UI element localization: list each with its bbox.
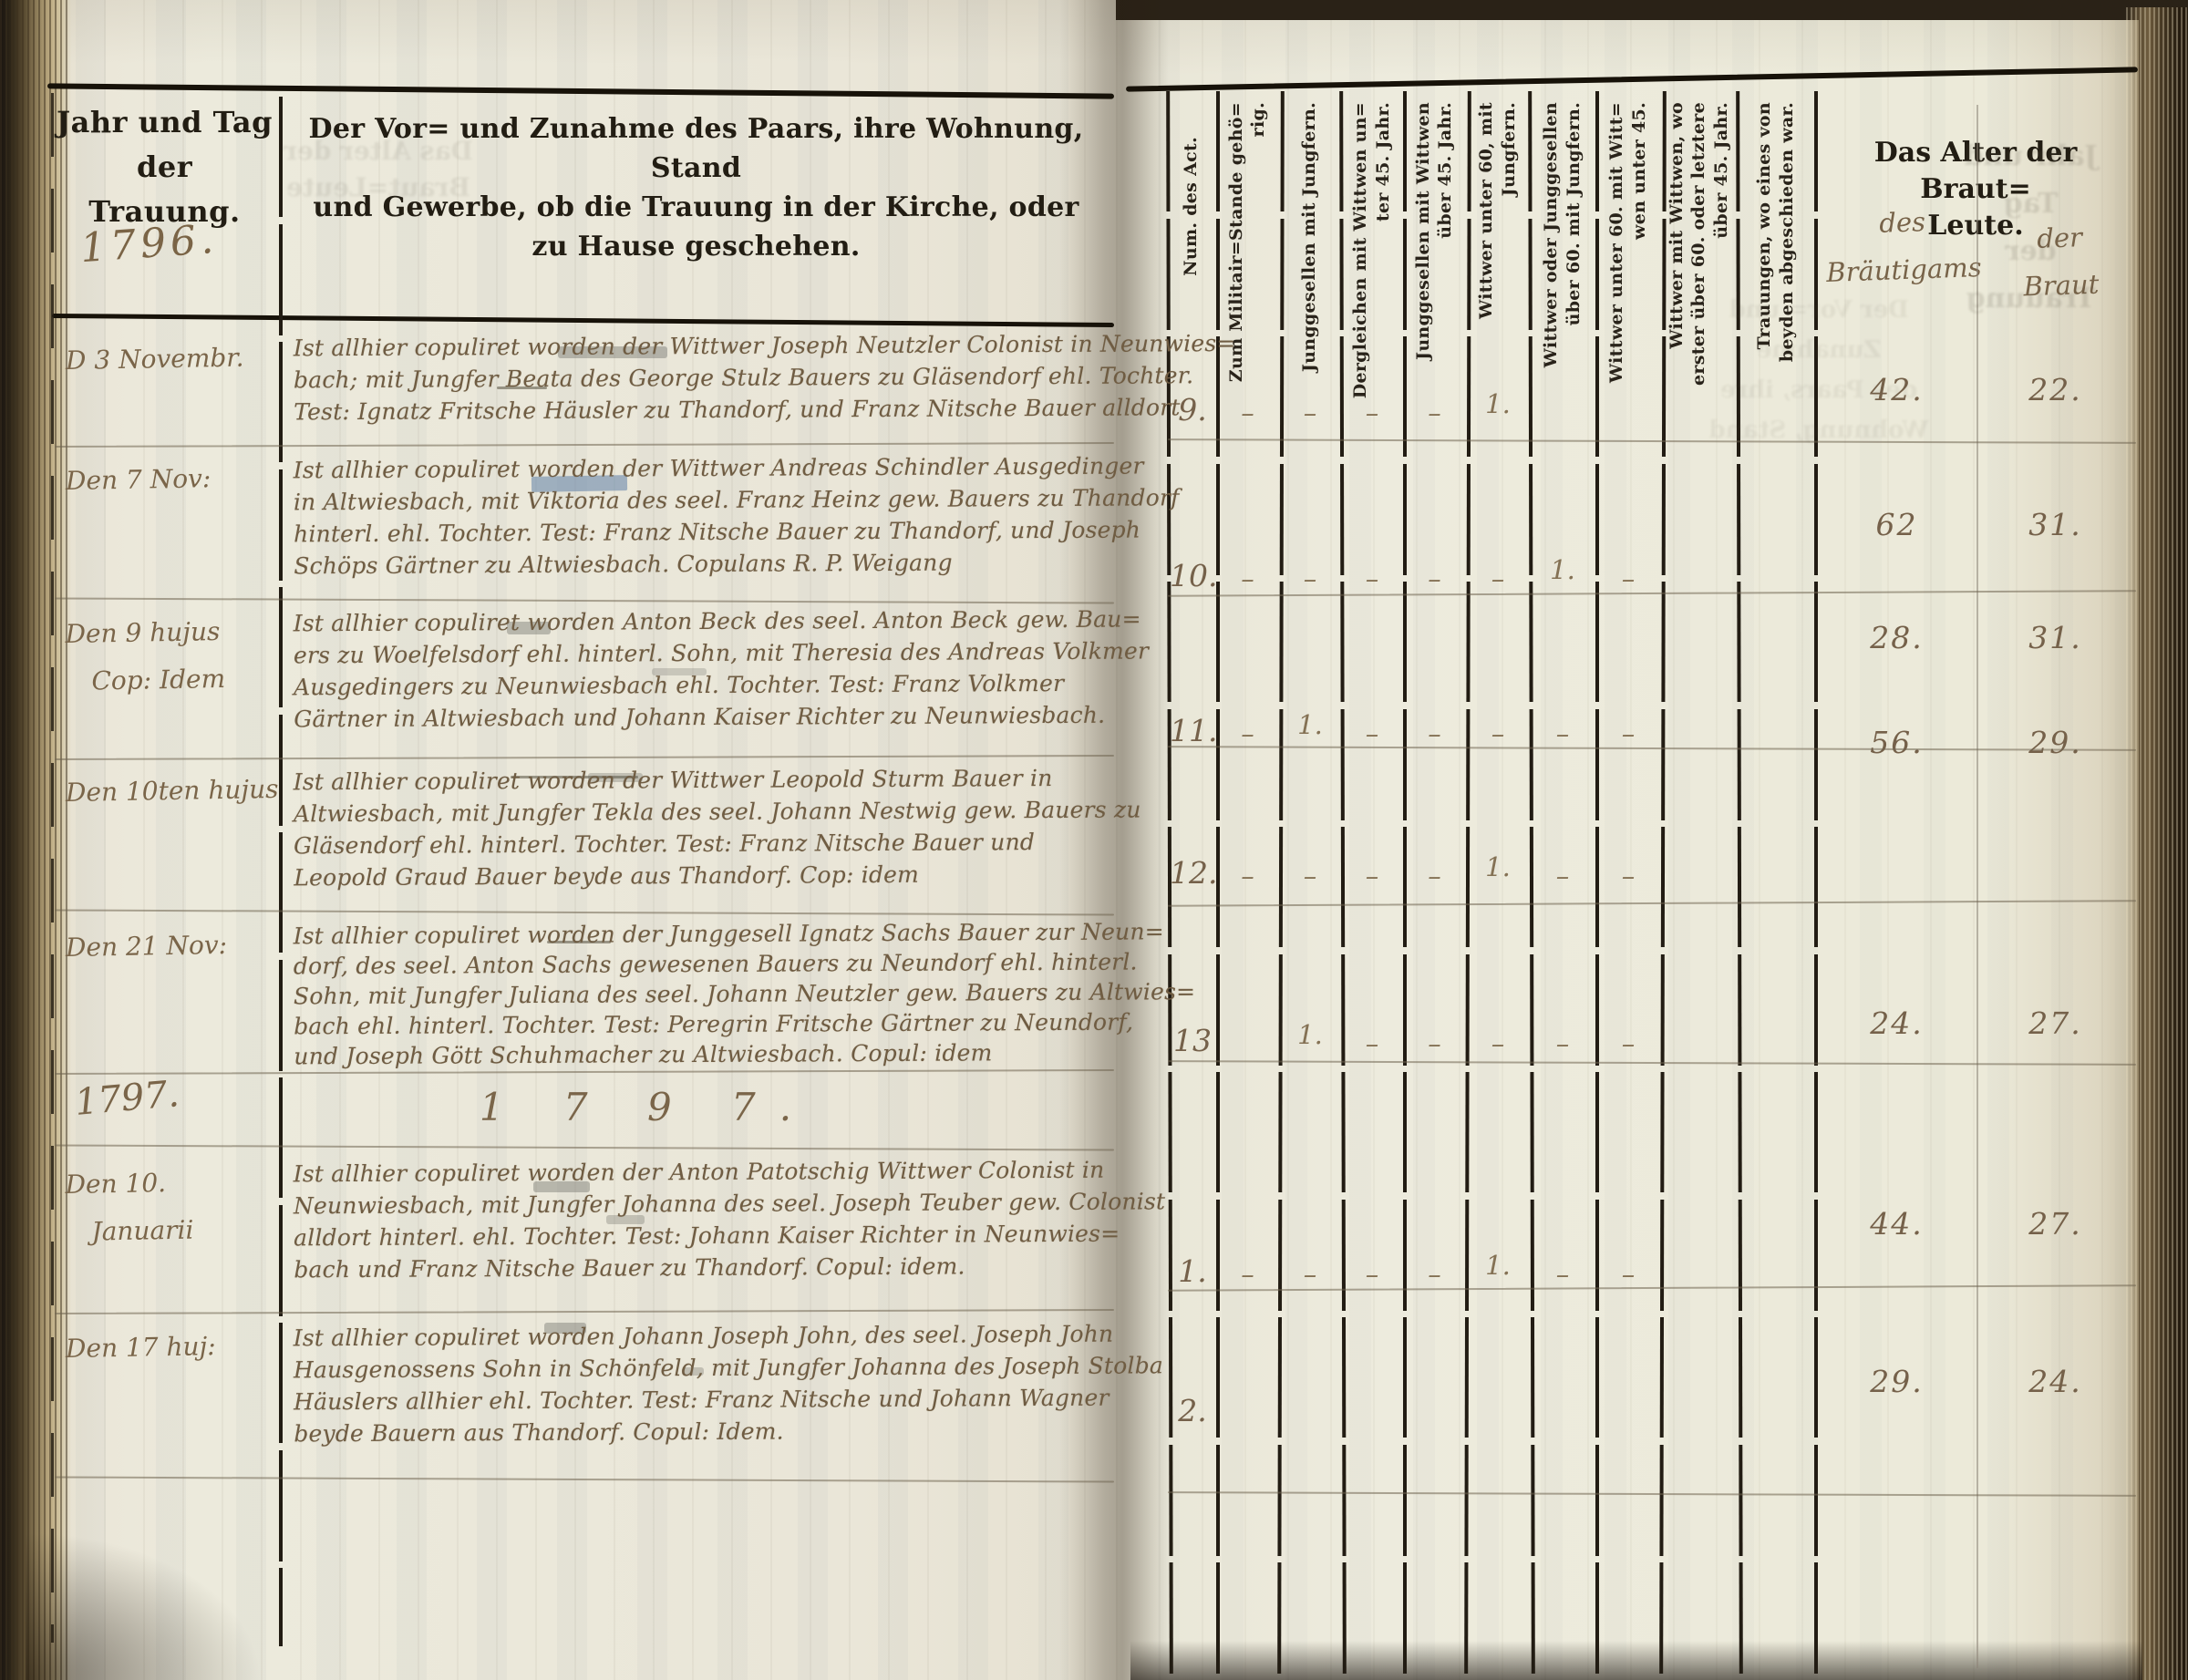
- groom-age-subheader-line: des: [1822, 196, 1983, 249]
- main-column-header-line: zu Hause geschehen.: [278, 227, 1114, 266]
- stat-column-header-line: Junggesellen mit Jungfern.: [1300, 102, 1319, 372]
- tally-mark: –: [1230, 718, 1266, 749]
- church-register-scan: Jahr und Tag der Trauung. 1796. Der Vor=…: [0, 0, 2188, 1680]
- stat-column-header: Junggesellen mit Wittwenüber 45. Jahr.: [1405, 102, 1464, 531]
- tally-mark: –: [1354, 563, 1390, 594]
- entry-date-line: Januarii: [66, 1205, 276, 1256]
- groom-age: 42.: [1849, 372, 1945, 407]
- entry-text-line: beyde Bauern aus Thandorf. Copul: Idem.: [294, 1414, 1112, 1450]
- entry-text-line: Ist allhier copuliret worden der Jungges…: [294, 917, 1112, 952]
- row-number: 11.: [1170, 713, 1215, 748]
- tally-mark: 1.: [1292, 709, 1328, 740]
- entry-text: Ist allhier copuliret worden der Wittwer…: [294, 328, 1113, 428]
- entry-text-line: alldort hinterl. ehl. Tochter. Test: Joh…: [294, 1218, 1112, 1254]
- bride-age-subheader-line: Braut: [1992, 259, 2131, 311]
- age-column-divider: [1976, 105, 1978, 1668]
- groom-age-subheader: des Bräutigams: [1822, 196, 1985, 296]
- entry-date: Den 7 Nov:: [66, 454, 276, 505]
- entry-date-line: Den 9 hujus: [65, 607, 275, 658]
- groom-age: 56.: [1849, 725, 1945, 760]
- tally-mark: –: [1230, 563, 1266, 594]
- tally-mark: –: [1480, 563, 1516, 594]
- tally-mark: –: [1417, 397, 1453, 428]
- tally-mark: –: [1610, 1028, 1646, 1059]
- bride-age: 22.: [2007, 372, 2103, 407]
- entry-text-line: dorf, des seel. Anton Sachs gewesenen Ba…: [294, 947, 1112, 982]
- tally-mark: –: [1417, 861, 1453, 892]
- row-number: 13: [1170, 1023, 1215, 1058]
- stat-column-header-line: Dergleichen mit Wittwen un=: [1351, 102, 1370, 398]
- left-table-column-divider: [279, 97, 283, 1646]
- entry-text-line: hinterl. ehl. Tochter. Test: Franz Nitsc…: [294, 514, 1112, 551]
- tally-mark: –: [1544, 718, 1581, 749]
- entry-text: Ist allhier copuliret worden Johann Jose…: [294, 1318, 1113, 1450]
- date-column-header-line: Jahr und Tag: [53, 100, 276, 145]
- entry-date: Den 10ten hujus: [66, 766, 276, 817]
- tally-mark: 1.: [1544, 554, 1581, 585]
- year-divider-center: 1 7 9 7.: [392, 1085, 903, 1129]
- entry-text-line: bach; mit Jungfer Beata des George Stulz…: [294, 360, 1112, 397]
- stat-column-header: Dergleichen mit Wittwen un=ter 45. Jahr.: [1343, 102, 1401, 531]
- entry-date-line: Cop: Idem: [66, 654, 276, 706]
- tally-mark: –: [1480, 1028, 1516, 1059]
- entry-text-line: in Altwiesbach, mit Viktoria des seel. F…: [294, 482, 1112, 519]
- tally-mark: –: [1480, 718, 1516, 749]
- entry-text: Ist allhier copuliret worden der Wittwer…: [294, 762, 1113, 894]
- stat-column-header: Trauungen, wo eines vonbeyden abgeschied…: [1739, 102, 1812, 531]
- entry-text: Ist allhier copuliret worden Anton Beck …: [294, 603, 1113, 736]
- entry-date-line: Den 7 Nov:: [66, 454, 276, 505]
- entry-text-line: Ist allhier copuliret worden der Wittwer…: [294, 328, 1112, 365]
- entry-text-line: Ist allhier copuliret worden der Wittwer…: [294, 450, 1112, 487]
- entry-text-line: Leopold Graud Bauer beyde aus Thandorf. …: [294, 858, 1112, 894]
- row-number: 2.: [1170, 1393, 1215, 1428]
- tally-mark: –: [1544, 1259, 1581, 1290]
- page-stack-edge-left: [0, 0, 71, 1680]
- stat-column-header-line: Wittwer unter 60, mit: [1477, 102, 1496, 319]
- tally-mark: –: [1230, 397, 1266, 428]
- entry-date-line: Den 10ten hujus: [66, 766, 276, 817]
- tally-mark: –: [1544, 1028, 1581, 1059]
- tally-mark: –: [1417, 718, 1453, 749]
- stat-column-header: Wittwer mit Wittwen, woerster über 60. o…: [1663, 102, 1736, 531]
- entry-text-line: Gläsendorf ehl. hinterl. Tochter. Test: …: [294, 826, 1112, 862]
- stat-column-header: Wittwer unter 60. mit Witt=wen unter 45.: [1597, 102, 1659, 531]
- entry-text-line: Gärtner in Altwiesbach und Johann Kaiser…: [294, 699, 1112, 736]
- groom-age: 24.: [1849, 1005, 1945, 1041]
- entry-date: Den 21 Nov:: [66, 921, 276, 972]
- tally-mark: –: [1230, 1259, 1266, 1290]
- entry-text: Ist allhier copuliret worden der Wittwer…: [294, 450, 1113, 582]
- entry-text-line: Schöps Gärtner zu Altwiesbach. Copulans …: [294, 546, 1112, 582]
- entry-text-line: Ausgedingers zu Neunwiesbach ehl. Tochte…: [294, 667, 1112, 704]
- entry-text-line: Test: Ignatz Fritsche Häusler zu Thandor…: [294, 392, 1112, 428]
- page-stack-edge-right: [2126, 7, 2188, 1680]
- bride-age: 29.: [2007, 725, 2103, 760]
- stat-column-header-line: Wittwer mit Wittwen, wo: [1667, 102, 1687, 349]
- entry-text-line: Ist allhier copuliret worden Johann Jose…: [294, 1318, 1112, 1355]
- stat-column-header: Junggesellen mit Jungfern.: [1281, 102, 1339, 531]
- tally-mark: –: [1292, 1259, 1328, 1290]
- entry-text-line: bach und Franz Nitsche Bauer zu Thandorf…: [294, 1250, 1112, 1286]
- entry-text-line: und Joseph Gött Schuhmacher zu Altwiesba…: [294, 1037, 1112, 1072]
- bride-age: 27.: [2007, 1206, 2103, 1242]
- tally-mark: –: [1610, 861, 1646, 892]
- stat-column-header-line: erster über 60. oder letztere: [1689, 102, 1708, 386]
- tally-mark: –: [1610, 1259, 1646, 1290]
- stat-column-header-line: beyden abgeschieden war.: [1778, 102, 1797, 362]
- groom-age: 28.: [1849, 620, 1945, 655]
- row-number: 12.: [1170, 855, 1215, 891]
- entry-text-line: ers zu Woelfelsdorf ehl. hinterl. Sohn, …: [294, 635, 1112, 672]
- stat-column-header: Zum Militair=Stande gehö=rig.: [1218, 102, 1277, 531]
- stat-column-header-line: über 60. mit Jungfern.: [1564, 102, 1584, 325]
- tally-mark: –: [1610, 718, 1646, 749]
- stat-column-header-line: Trauungen, wo eines von: [1755, 102, 1774, 350]
- stat-column-header: Wittwer unter 60, mitJungfern.: [1468, 102, 1528, 531]
- entry-text-line: Altwiesbach, mit Jungfer Tekla des seel.…: [294, 794, 1112, 830]
- tally-mark: –: [1417, 1028, 1453, 1059]
- tally-mark: –: [1292, 397, 1328, 428]
- main-column-header: Der Vor= und Zunahme des Paars, ihre Woh…: [278, 109, 1114, 266]
- bride-age: 31.: [2007, 507, 2103, 542]
- entry-date: Den 10.Januarii: [65, 1158, 276, 1256]
- tally-mark: –: [1230, 861, 1266, 892]
- entry-text-line: Hausgenossens Sohn in Schönfeld, mit Jun…: [294, 1350, 1112, 1386]
- entry-date-line: D 3 Novembr.: [66, 334, 276, 385]
- main-column-header-line: Der Vor= und Zunahme des Paars, ihre Woh…: [278, 109, 1114, 188]
- tally-mark: 1.: [1292, 1019, 1328, 1050]
- stat-column-header-line: wen unter 45.: [1630, 102, 1649, 240]
- entry-text: Ist allhier copuliret worden der Anton P…: [294, 1154, 1113, 1286]
- entry-text-line: Ist allhier copuliret worden der Wittwer…: [294, 762, 1112, 799]
- row-number: 1.: [1170, 1253, 1215, 1289]
- entry-text-line: Sohn, mit Jungfer Juliana des seel. Joha…: [294, 977, 1112, 1012]
- entry-date: Den 17 huj:: [66, 1322, 276, 1373]
- tally-mark: –: [1354, 718, 1390, 749]
- tally-mark: 1.: [1480, 388, 1516, 419]
- entry-text: Ist allhier copuliret worden der Jungges…: [294, 917, 1113, 1072]
- stat-column-header-line: über 45. Jahr.: [1712, 102, 1731, 239]
- entry-date-line: Den 10.: [65, 1158, 275, 1209]
- bride-age-subheader: der Braut: [1990, 211, 2131, 311]
- tally-mark: 1.: [1480, 1250, 1516, 1281]
- stat-column-header-line: Wittwer unter 60. mit Witt=: [1607, 102, 1626, 383]
- groom-age: 29.: [1849, 1364, 1945, 1399]
- tally-mark: –: [1544, 861, 1581, 892]
- entry-date-line: Den 21 Nov:: [66, 921, 276, 972]
- tally-mark: –: [1417, 1259, 1453, 1290]
- stat-column-header-line: rig.: [1249, 102, 1268, 137]
- left-table-left-border: [51, 93, 54, 1643]
- stat-column-header-line: ter 45. Jahr.: [1374, 102, 1393, 222]
- entry-text-line: Neunwiesbach, mit Jungfer Johanna des se…: [294, 1186, 1112, 1222]
- bride-age-subheader-line: der: [1990, 211, 2129, 263]
- date-column-header: Jahr und Tag der Trauung.: [53, 100, 276, 234]
- tally-mark: –: [1292, 861, 1328, 892]
- entry-text-line: Ist allhier copuliret worden der Anton P…: [294, 1154, 1112, 1190]
- entry-text-line: Häuslers allhier ehl. Tochter. Test: Fra…: [294, 1382, 1112, 1418]
- bride-age: 31.: [2007, 620, 2103, 655]
- entry-text-line: Ist allhier copuliret worden Anton Beck …: [294, 603, 1112, 640]
- entry-date-line: Den 17 huj:: [66, 1322, 276, 1373]
- entry-date: D 3 Novembr.: [66, 334, 276, 385]
- tally-mark: 1.: [1480, 851, 1516, 882]
- tally-mark: –: [1354, 1259, 1390, 1290]
- stat-column-header-line: über 45. Jahr.: [1436, 102, 1455, 239]
- tally-mark: –: [1354, 1028, 1390, 1059]
- groom-age: 44.: [1849, 1206, 1945, 1242]
- bride-age: 27.: [2007, 1005, 2103, 1041]
- tally-mark: –: [1417, 563, 1453, 594]
- tally-mark: –: [1292, 563, 1328, 594]
- entry-date: Den 9 hujusCop: Idem: [65, 607, 276, 706]
- groom-age-subheader-line: Bräutigams: [1823, 243, 1985, 296]
- row-number: 10.: [1170, 558, 1215, 593]
- date-column-header-line: der: [53, 145, 276, 190]
- tally-mark: –: [1354, 397, 1390, 428]
- groom-age: 62: [1849, 507, 1945, 542]
- num-column-header-text: Num. des Act.: [1182, 137, 1201, 276]
- handwritten-year-1796: 1796.: [78, 216, 219, 272]
- tally-mark: –: [1354, 861, 1390, 892]
- main-column-header-line: und Gewerbe, ob die Trauung in der Kirch…: [278, 188, 1114, 227]
- table-column-line: [1814, 91, 1818, 1674]
- bride-age: 24.: [2007, 1364, 2103, 1399]
- entry-text-line: bach ehl. hinterl. Tochter. Test: Peregr…: [294, 1007, 1112, 1042]
- stat-column-header-line: Wittwer oder Junggesellen: [1542, 102, 1561, 367]
- tally-mark: –: [1610, 563, 1646, 594]
- stat-column-header-line: Junggesellen mit Wittwen: [1414, 102, 1433, 360]
- stat-column-header: Wittwer oder Junggesellenüber 60. mit Ju…: [1532, 102, 1594, 531]
- stat-column-header-line: Jungfern.: [1500, 102, 1519, 196]
